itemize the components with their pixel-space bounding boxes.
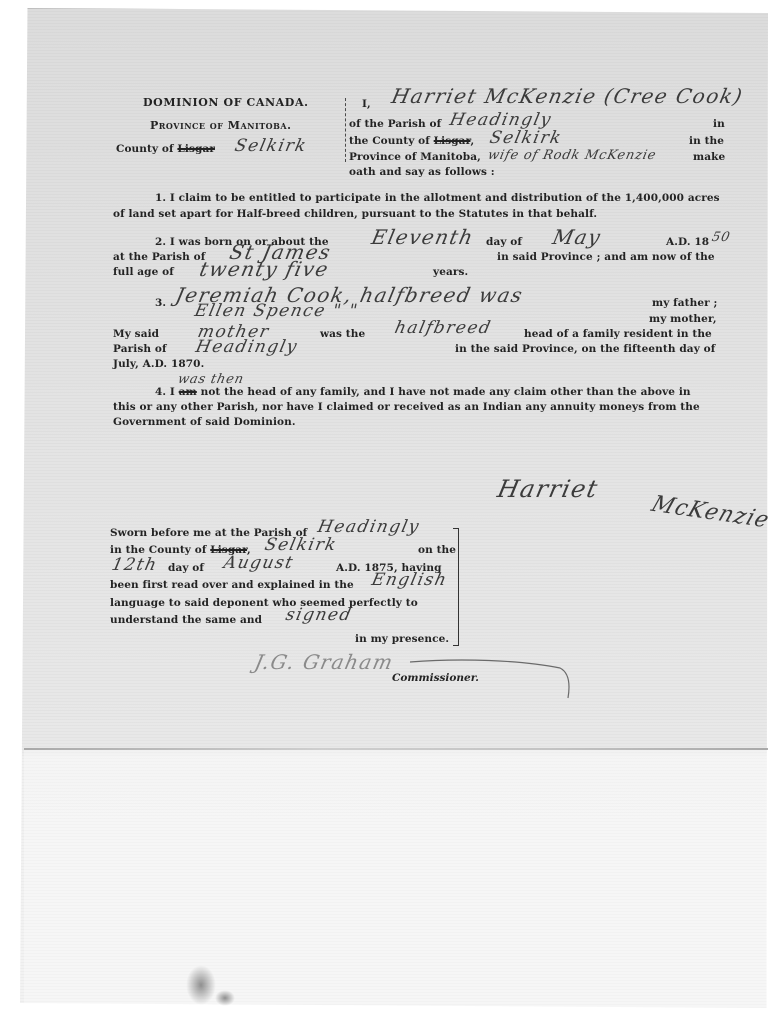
in-label: in: [713, 118, 725, 130]
ink-smudge: [215, 990, 235, 1006]
clause-3-number: 3.: [155, 297, 166, 309]
jurat-signed-handwritten: signed: [284, 605, 354, 625]
province-now-label: in said Province ; and am now of the: [497, 251, 715, 263]
jurat-parish-handwritten: Headingly: [316, 517, 422, 537]
deponent-signature-first: Harriet: [495, 475, 601, 503]
jurat-month-handwritten: August: [222, 553, 296, 573]
jurat-bracket: [453, 528, 459, 646]
jurat-line-5: language to said deponent who seemed per…: [110, 597, 418, 609]
lower-fold-panel: [24, 750, 768, 1008]
deponent-name-handwritten: Harriet McKenzie (Cree Cook): [389, 84, 745, 108]
clause-4-struck: am: [179, 386, 197, 398]
day-of-label: day of: [486, 236, 522, 248]
header-brace: [345, 98, 346, 162]
county-handwritten: Selkirk: [233, 136, 309, 156]
birth-day-handwritten: Eleventh: [369, 225, 476, 249]
header-county-label-text: the County of: [349, 135, 430, 147]
clause-4-prefix: 4. I: [155, 386, 175, 398]
header-county-label: the County of Lisgar,: [349, 135, 474, 147]
oath-label: oath and say as follows :: [349, 166, 495, 178]
years-label: years.: [433, 266, 468, 278]
make-label: make: [693, 151, 725, 163]
commissioner-signature: J.G. Graham: [252, 650, 396, 674]
jurat-line-4: been first read over and explained in th…: [110, 579, 354, 591]
parish-label: of the Parish of: [349, 118, 441, 130]
clause-3-parish-label: Parish of: [113, 343, 167, 355]
birth-parish-label: at the Parish of: [113, 251, 205, 263]
fold-crease: [24, 748, 768, 750]
my-said-label: My said: [113, 328, 159, 340]
clause-4-insert-handwritten: was then: [176, 372, 245, 387]
i-label: I,: [362, 98, 371, 110]
province-label: Province of Manitoba,: [349, 151, 481, 163]
father-label: my father ;: [652, 297, 718, 309]
jurat-day-handwritten: 12th: [110, 555, 160, 575]
fifteenth-day-label: in the said Province, on the fifteenth d…: [455, 343, 715, 355]
jurat-day-of: day of: [168, 562, 204, 574]
in-the-label: in the: [689, 135, 724, 147]
ink-smudge: [186, 965, 216, 1005]
mother-label: my mother,: [649, 313, 717, 325]
clause-4-line-3: Government of said Dominion.: [113, 416, 296, 428]
clause-4-line-1-rest: not the head of any family, and I have n…: [201, 386, 691, 398]
clause-3-parish-handwritten: Headingly: [194, 337, 300, 357]
july-1870-label: July, A.D. 1870.: [113, 358, 204, 370]
jurat-language-handwritten: English: [370, 570, 450, 590]
birth-month-handwritten: May: [550, 225, 603, 249]
province-heading: Province of Manitoba.: [150, 119, 291, 132]
dominion-heading: DOMINION OF CANADA.: [143, 96, 309, 109]
jurat-presence: in my presence.: [355, 633, 449, 645]
jurat-line-6: understand the same and: [110, 614, 262, 626]
head-of-family-label: head of a family resident in the: [524, 328, 712, 340]
clause-4-line-1: 4. I am not the head of any family, and …: [155, 386, 691, 398]
header-county-struck: Lisgar: [434, 135, 471, 147]
clause-1-line-2: of land set apart for Half-breed childre…: [113, 208, 597, 220]
jurat-county-handwritten: Selkirk: [263, 535, 339, 555]
mother-handwritten: Ellen Spence " ": [193, 301, 361, 321]
header-county-handwritten: Selkirk: [488, 128, 564, 148]
ad-label: A.D. 18: [666, 236, 709, 248]
clause-4-line-2: this or any other Parish, nor have I cla…: [113, 401, 700, 413]
jurat-on-the: on the: [418, 544, 456, 556]
birth-year-handwritten: 50: [710, 230, 731, 245]
county-label-text: County of: [116, 143, 174, 155]
was-the-label: was the: [320, 328, 365, 340]
wife-of-handwritten: wife of Rodk McKenzie: [486, 148, 657, 163]
parish-handwritten: Headingly: [448, 110, 554, 130]
was-handwritten: halfbreed: [393, 318, 494, 338]
county-struck: Lisgar: [177, 143, 215, 155]
clause-1-line-1: 1. I claim to be entitled to participate…: [155, 192, 720, 204]
commissioner-label: Commissioner.: [392, 672, 479, 684]
age-label: full age of: [113, 266, 174, 278]
county-label: County of Lisgar: [116, 143, 215, 155]
age-handwritten: twenty five: [197, 257, 331, 281]
